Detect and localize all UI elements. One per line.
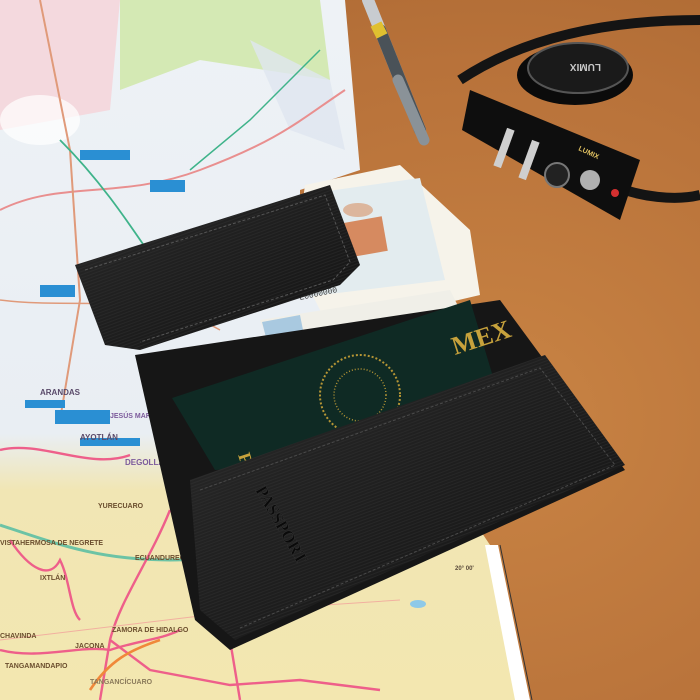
pen <box>368 0 424 140</box>
map-label: CHAVINDA <box>0 633 36 640</box>
map-label: JACONA <box>75 643 105 650</box>
map-coordinate: 20° 00' <box>455 566 474 572</box>
scene-drawing: ARANDAS JESÚS MARÍA AYOTLÁN DEGOLLADO YU… <box>0 0 700 700</box>
map-label: IXTLÁN <box>40 573 65 582</box>
map-label: ECUANDUREO <box>135 555 186 562</box>
map-label: ZAMORA DE HIDALGO <box>112 627 189 634</box>
map-label: TANGANCÍCUARO <box>90 677 153 686</box>
map-label: AYOTLÁN <box>80 433 118 442</box>
map-label: YURECUARO <box>98 503 144 510</box>
map-label: ARANDAS <box>40 388 81 397</box>
product-photo: ARANDAS JESÚS MARÍA AYOTLÁN DEGOLLADO YU… <box>0 0 700 700</box>
lens-cap-brand: LUMIX <box>570 61 601 72</box>
map-label: VISTAHERMOSA DE NEGRETE <box>0 540 103 547</box>
camera: LUMIX LUMIX <box>460 20 700 220</box>
map-label: TANGAMANDAPIO <box>5 663 68 670</box>
